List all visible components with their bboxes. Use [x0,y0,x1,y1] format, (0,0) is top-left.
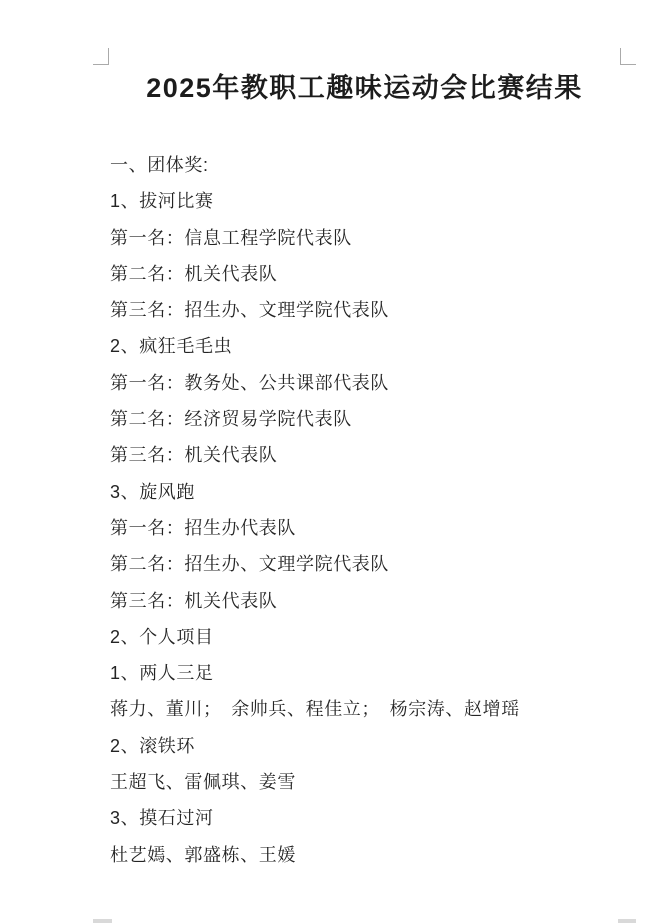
doc-line-rank-first: 第一名：教务处、公共课部代表队 [110,365,625,401]
doc-line-event-caterpillar: 2、疯狂毛毛虫 [110,328,625,364]
document-page: 2025年教职工趣味运动会比赛结果 一、团体奖: 1、拔河比赛 第一名：信息工程… [0,0,650,923]
doc-line-group-award-heading: 一、团体奖: [110,147,625,183]
doc-line-event-three-legged: 1、两人三足 [110,655,625,691]
doc-line-rank-third: 第三名：机关代表队 [110,583,625,619]
doc-line-winner-names: 蒋力、董川； 余帅兵、程佳立； 杨宗涛、赵增瑶 [110,691,625,727]
doc-line-rank-third: 第三名：招生办、文理学院代表队 [110,292,625,328]
margin-mark-top-right-icon [620,48,636,65]
doc-line-winner-names: 王超飞、雷佩琪、姜雪 [110,764,625,800]
doc-line-winner-names: 杜艺嫣、郭盛栋、王媛 [110,837,625,873]
doc-line-individual-heading: 2、个人项目 [110,619,625,655]
doc-line-rank-second: 第二名：机关代表队 [110,256,625,292]
document-title: 2025年教职工趣味运动会比赛结果 [109,66,620,105]
doc-line-rank-third: 第三名：机关代表队 [110,437,625,473]
doc-line-rank-first: 第一名：招生办代表队 [110,510,625,546]
doc-line-event-hoop-rolling: 2、滚铁环 [110,728,625,764]
doc-line-rank-second: 第二名：招生办、文理学院代表队 [110,546,625,582]
doc-line-event-tug-of-war: 1、拔河比赛 [110,183,625,219]
page-bottom-mark-left-icon [93,919,112,923]
page-bottom-mark-right-icon [618,919,636,923]
doc-line-rank-first: 第一名：信息工程学院代表队 [110,220,625,256]
doc-line-event-stone-crossing: 3、摸石过河 [110,800,625,836]
doc-line-rank-second: 第二名：经济贸易学院代表队 [110,401,625,437]
doc-line-event-whirlwind-run: 3、旋风跑 [110,474,625,510]
margin-mark-top-left-icon [93,48,109,65]
document-body: 一、团体奖: 1、拔河比赛 第一名：信息工程学院代表队 第二名：机关代表队 第三… [110,147,625,873]
